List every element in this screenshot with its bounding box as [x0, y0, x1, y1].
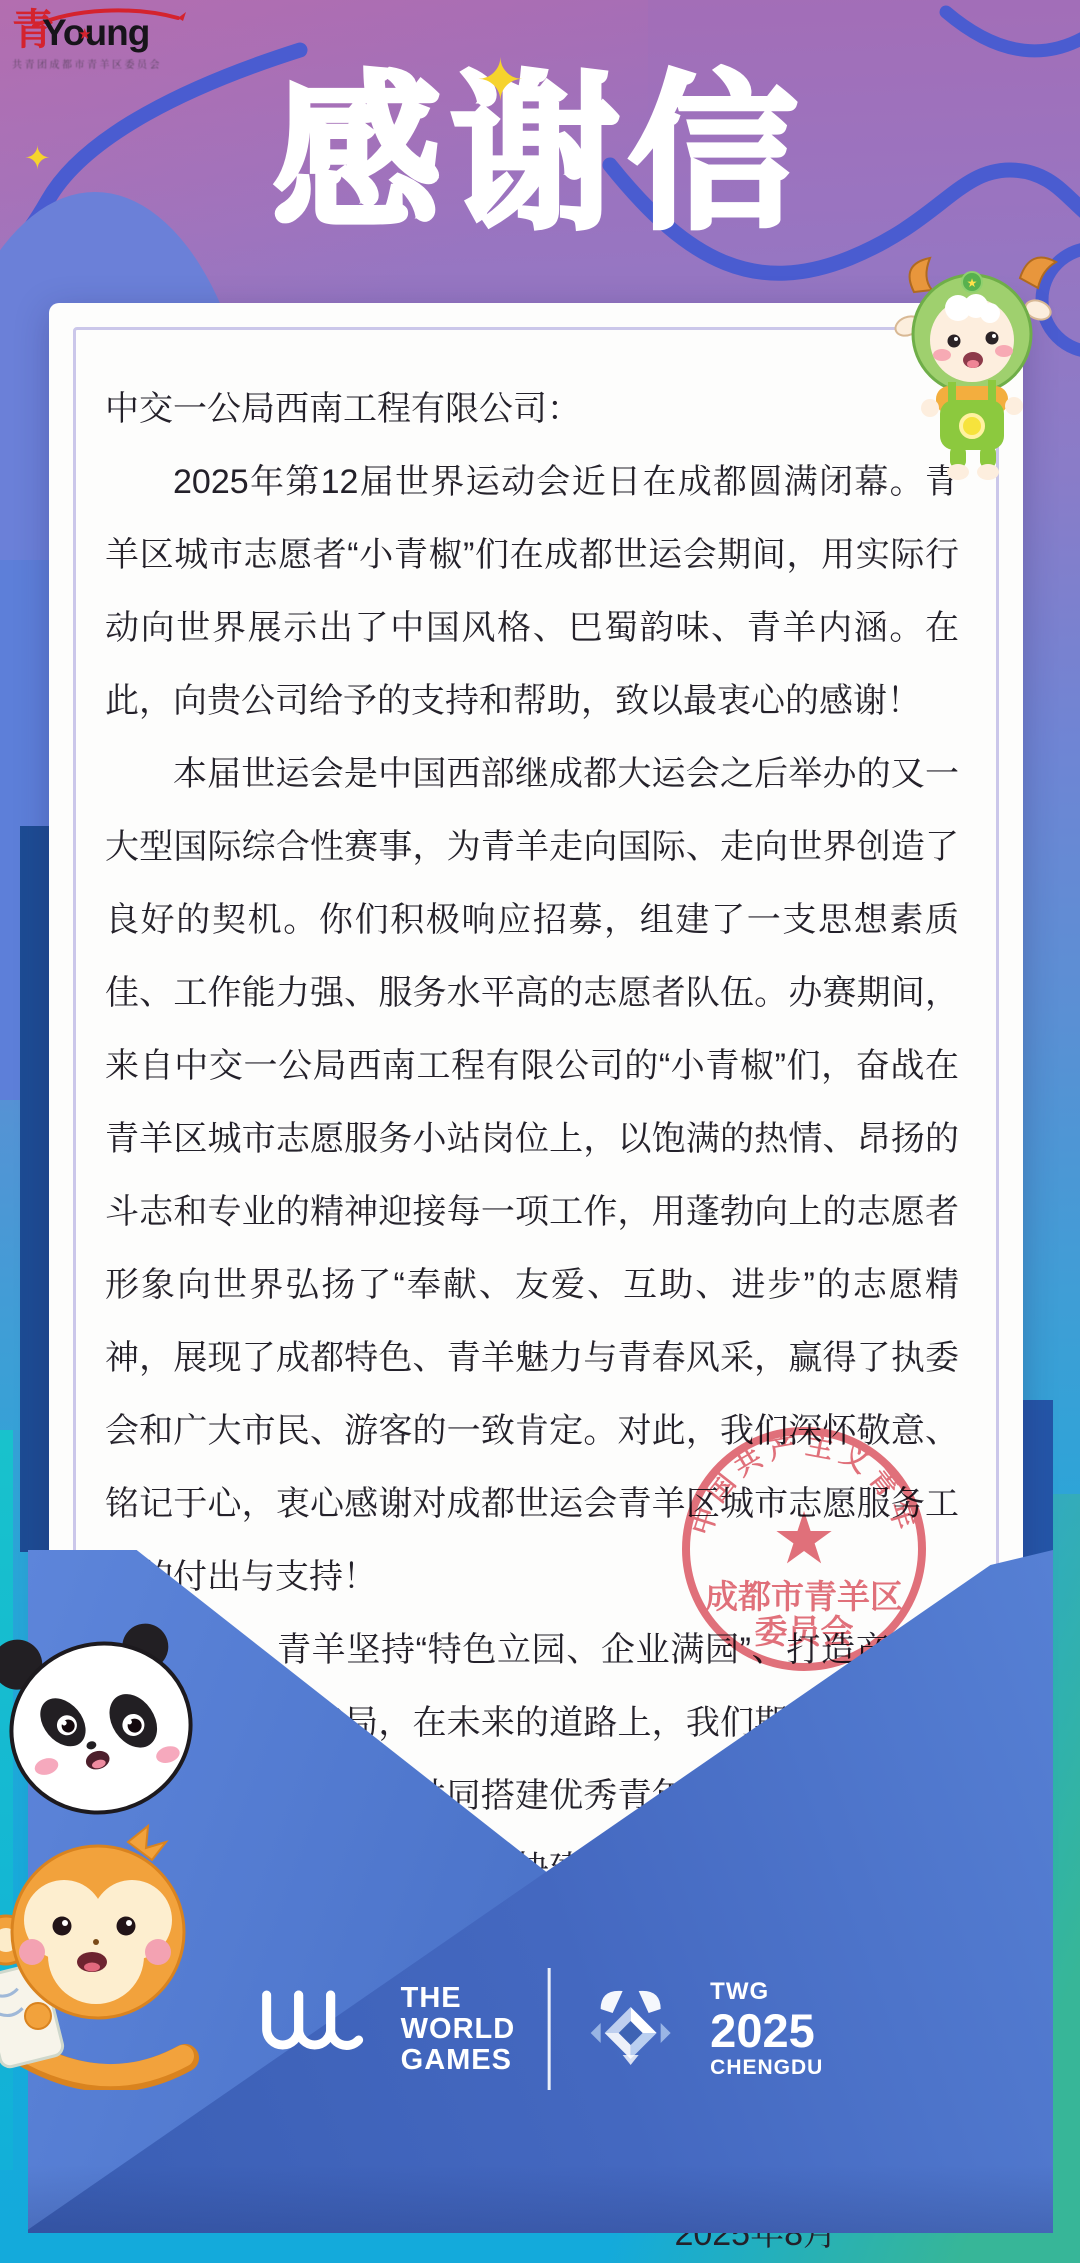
- wg-line: GAMES: [401, 2045, 516, 2076]
- brand-star-icon: ★: [78, 25, 91, 43]
- sparkle-icon: ✦: [24, 142, 51, 174]
- wg-wordmark: THE WORLD GAMES: [401, 1983, 516, 2076]
- letter-paragraph: 2025年第12届世界运动会近日在成都圆满闭幕。青羊区城市志愿者“小青椒”们在成…: [105, 446, 959, 738]
- svg-text:★: ★: [967, 276, 978, 290]
- wg-line: WORLD: [401, 2014, 516, 2045]
- goat-mascot-icon: ★: [884, 248, 1064, 488]
- brand-logo-en: Young: [42, 14, 149, 51]
- twg-panda-emblem-icon: [582, 1981, 678, 2077]
- poster-page: 青 Young ★ 共青团成都市青羊区委员会 感谢信 ✦ ✦ 中交一公局西南工程…: [0, 0, 1080, 2263]
- panda-mascot-icon: [0, 1608, 218, 1846]
- envelope-shade: [28, 2165, 1053, 2233]
- twg-line: CHENGDU: [710, 2057, 823, 2078]
- twg-line: 2025: [710, 2007, 823, 2054]
- brand-logo: 青 Young ★ 共青团成都市青羊区委员会: [12, 8, 202, 71]
- brand-tagline: 共青团成都市青羊区委员会: [12, 56, 202, 71]
- monkey-mascot-icon: [0, 1818, 232, 2090]
- sparkle-icon: ✦: [476, 52, 525, 110]
- background-strip-navy-right: [1023, 1400, 1053, 1565]
- twg-line: TWG: [710, 1980, 823, 2004]
- logo-divider: [547, 1968, 550, 2090]
- twg-wordmark: TWG 2025 CHENGDU: [710, 1980, 823, 2078]
- world-games-logo-row: THE WORLD GAMES TWG 2025 CHENGDU: [257, 1968, 824, 2090]
- wg-line: THE: [401, 1983, 516, 2014]
- w-logo-icon: [257, 1986, 369, 2072]
- page-title: 感谢信: [0, 66, 1080, 242]
- letter-salutation: 中交一公局西南工程有限公司：: [105, 373, 959, 446]
